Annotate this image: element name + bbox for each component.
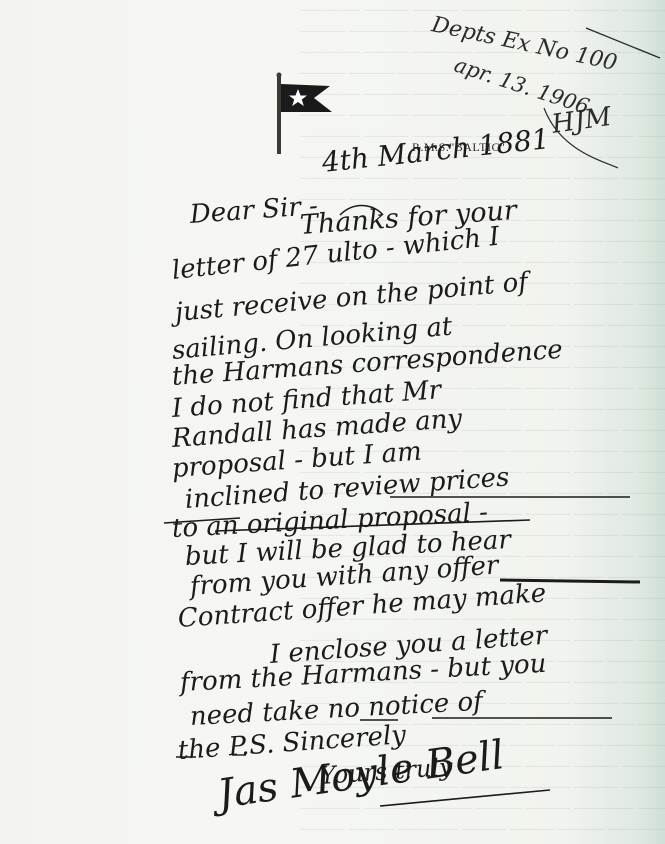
letter-page: ———— ——— ——— ———— ——— ——— ——— ——— ———— —…	[0, 0, 665, 844]
letter-date: 4th March 1881	[320, 122, 551, 179]
flag-icon	[274, 72, 334, 157]
